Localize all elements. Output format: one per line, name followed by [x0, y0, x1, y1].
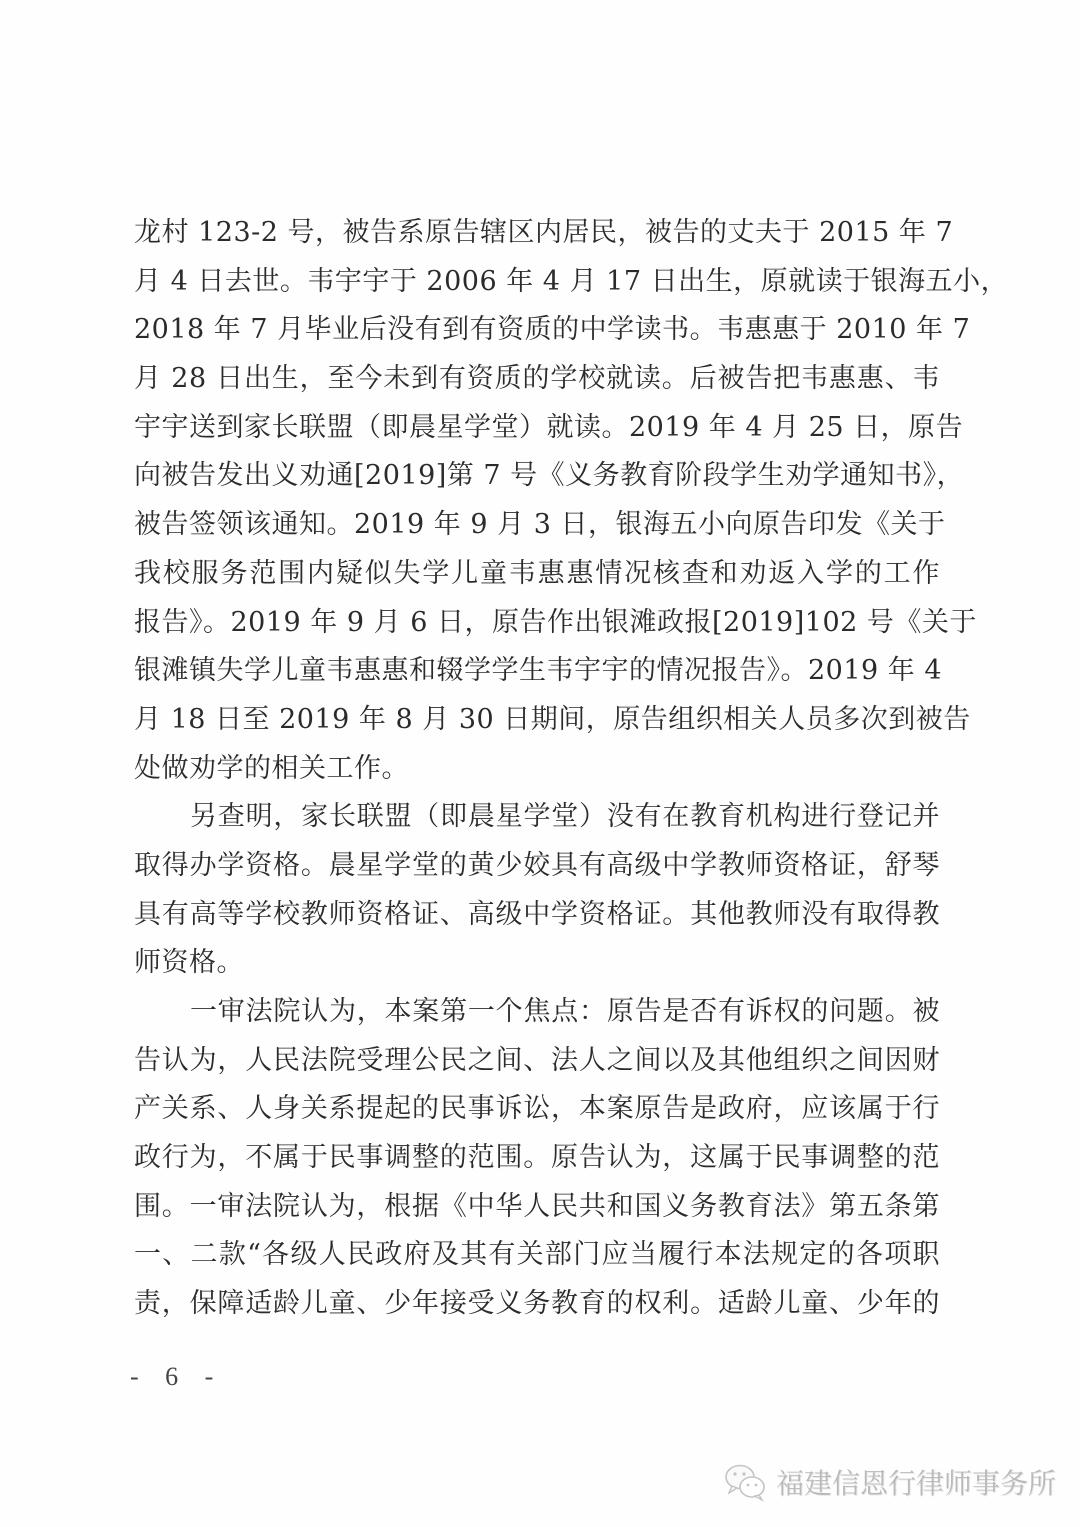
text-line: 向被告发出义劝通[2019]第 7 号《义务教育阶段学生劝学通知书》， [134, 452, 940, 501]
wechat-account-watermark: 福建信恩行律师事务所 [724, 1458, 1056, 1506]
wechat-icon [724, 1462, 768, 1502]
text-line: 龙村 123-2 号，被告系原告辖区内居民，被告的丈夫于 2015 年 7 [134, 209, 940, 258]
text-line: 月 4 日去世。韦宇宇于 2006 年 4 月 17 日出生，原就读于银海五小， [134, 258, 940, 307]
text-line: 政行为，不属于民事调整的范围。原告认为，这属于民事调整的范 [134, 1134, 940, 1183]
text-line: 取得办学资格。晨星学堂的黄少姣具有高级中学教师资格证，舒琴 [134, 842, 940, 891]
document-body: 龙村 123-2 号，被告系原告辖区内居民，被告的丈夫于 2015 年 7月 4… [134, 209, 940, 1329]
text-line: 报告》。2019 年 9 月 6 日，原告作出银滩政报[2019]102 号《关… [134, 599, 940, 648]
text-line: 处做劝学的相关工作。 [134, 745, 940, 794]
text-line: 围。一审法院认为，根据《中华人民共和国义务教育法》第五条第 [134, 1183, 940, 1232]
watermark-label: 福建信恩行律师事务所 [776, 1462, 1056, 1502]
document-page: 龙村 123-2 号，被告系原告辖区内居民，被告的丈夫于 2015 年 7月 4… [0, 0, 1080, 1527]
text-line: 告认为，人民法院受理公民之间、法人之间以及其他组织之间因财 [134, 1037, 940, 1086]
text-line: 我校服务范围内疑似失学儿童韦惠惠情况核查和劝返入学的工作 [134, 550, 940, 599]
page-number: - 6 - [130, 1362, 223, 1392]
text-line: 被告签领该通知。2019 年 9 月 3 日，银海五小向原告印发《关于 [134, 501, 940, 550]
text-line: 银滩镇失学儿童韦惠惠和辍学学生韦宇宇的情况报告》。2019 年 4 [134, 647, 940, 696]
text-line: 具有高等学校教师资格证、高级中学资格证。其他教师没有取得教 [134, 891, 940, 940]
text-line: 宇宇送到家长联盟（即晨星学堂）就读。2019 年 4 月 25 日，原告 [134, 404, 940, 453]
text-line: 另查明，家长联盟（即晨星学堂）没有在教育机构进行登记并 [134, 793, 940, 842]
text-line: 2018 年 7 月毕业后没有到有资质的中学读书。韦惠惠于 2010 年 7 [134, 306, 940, 355]
text-line: 产关系、人身关系提起的民事诉讼，本案原告是政府，应该属于行 [134, 1085, 940, 1134]
text-line: 责，保障适龄儿童、少年接受义务教育的权利。适龄儿童、少年的 [134, 1280, 940, 1329]
text-line: 月 28 日出生，至今未到有资质的学校就读。后被告把韦惠惠、韦 [134, 355, 940, 404]
text-line: 一审法院认为，本案第一个焦点：原告是否有诉权的问题。被 [134, 988, 940, 1037]
text-line: 月 18 日至 2019 年 8 月 30 日期间，原告组织相关人员多次到被告 [134, 696, 940, 745]
text-line: 一、二款“各级人民政府及其有关部门应当履行本法规定的各项职 [134, 1231, 940, 1280]
text-line: 师资格。 [134, 939, 940, 988]
